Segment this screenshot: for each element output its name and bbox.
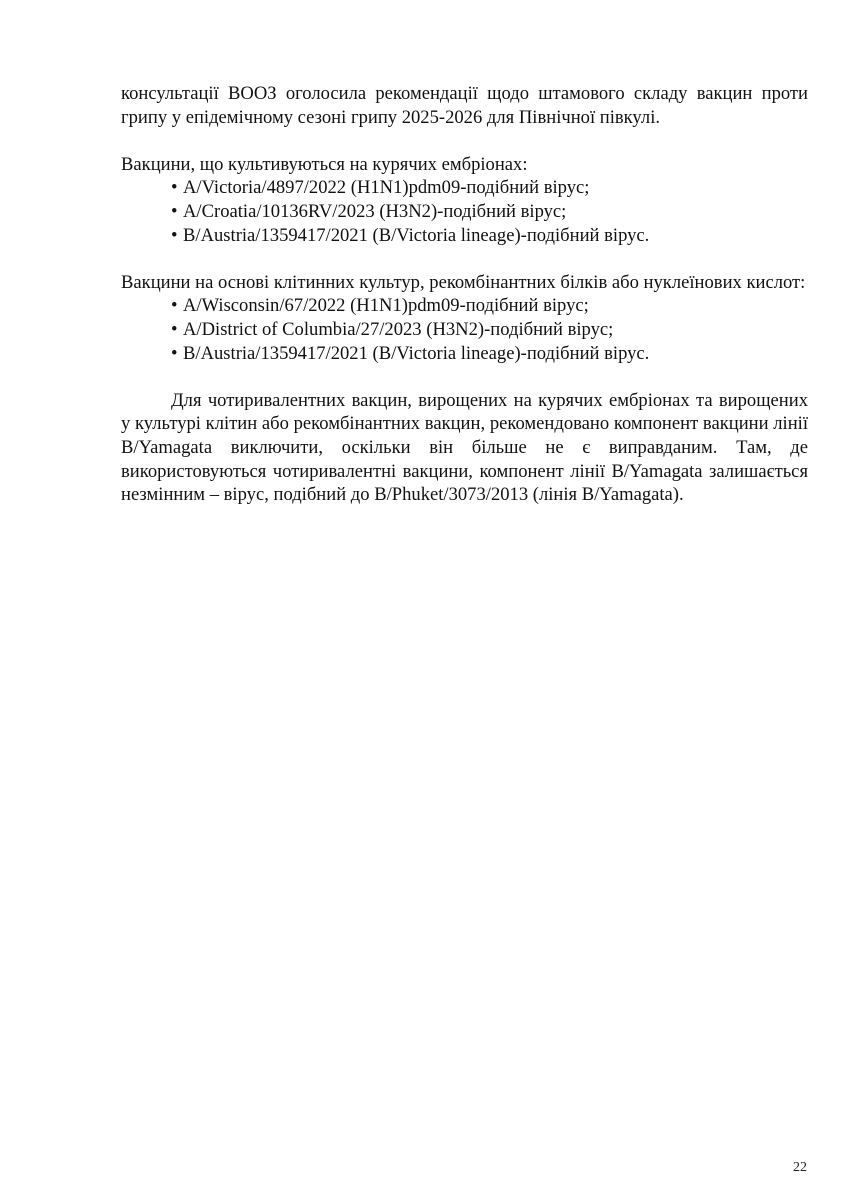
document-page: консультації ВООЗ оголосила рекомендації… [121, 82, 808, 507]
spacer [121, 247, 808, 271]
list-item: •B/Austria/1359417/2021 (B/Victoria line… [171, 342, 808, 366]
cell-based-heading: Вакцини на основі клітинних культур, рек… [121, 271, 808, 295]
list-item: •A/Croatia/10136RV/2023 (H3N2)-подібний … [171, 200, 808, 224]
bullet-icon: • [171, 224, 183, 248]
bullet-icon: • [171, 318, 183, 342]
egg-based-heading: Вакцини, що культивуються на курячих емб… [121, 153, 808, 177]
list-item: •B/Austria/1359417/2021 (B/Victoria line… [171, 224, 808, 248]
intro-paragraph: консультації ВООЗ оголосила рекомендації… [121, 82, 808, 129]
bullet-icon: • [171, 342, 183, 366]
list-item: •A/Victoria/4897/2022 (H1N1)pdm09-подібн… [171, 176, 808, 200]
spacer [121, 129, 808, 153]
quadrivalent-paragraph: Для чотиривалентних вакцин, вирощених на… [121, 389, 808, 507]
page-number: 22 [793, 1160, 807, 1176]
egg-based-list: •A/Victoria/4897/2022 (H1N1)pdm09-подібн… [121, 176, 808, 247]
list-item: •A/Wisconsin/67/2022 (H1N1)pdm09-подібни… [171, 294, 808, 318]
bullet-icon: • [171, 176, 183, 200]
bullet-icon: • [171, 294, 183, 318]
cell-based-list: •A/Wisconsin/67/2022 (H1N1)pdm09-подібни… [121, 294, 808, 365]
spacer [121, 365, 808, 389]
bullet-icon: • [171, 200, 183, 224]
list-item: •A/District of Columbia/27/2023 (H3N2)-п… [171, 318, 808, 342]
